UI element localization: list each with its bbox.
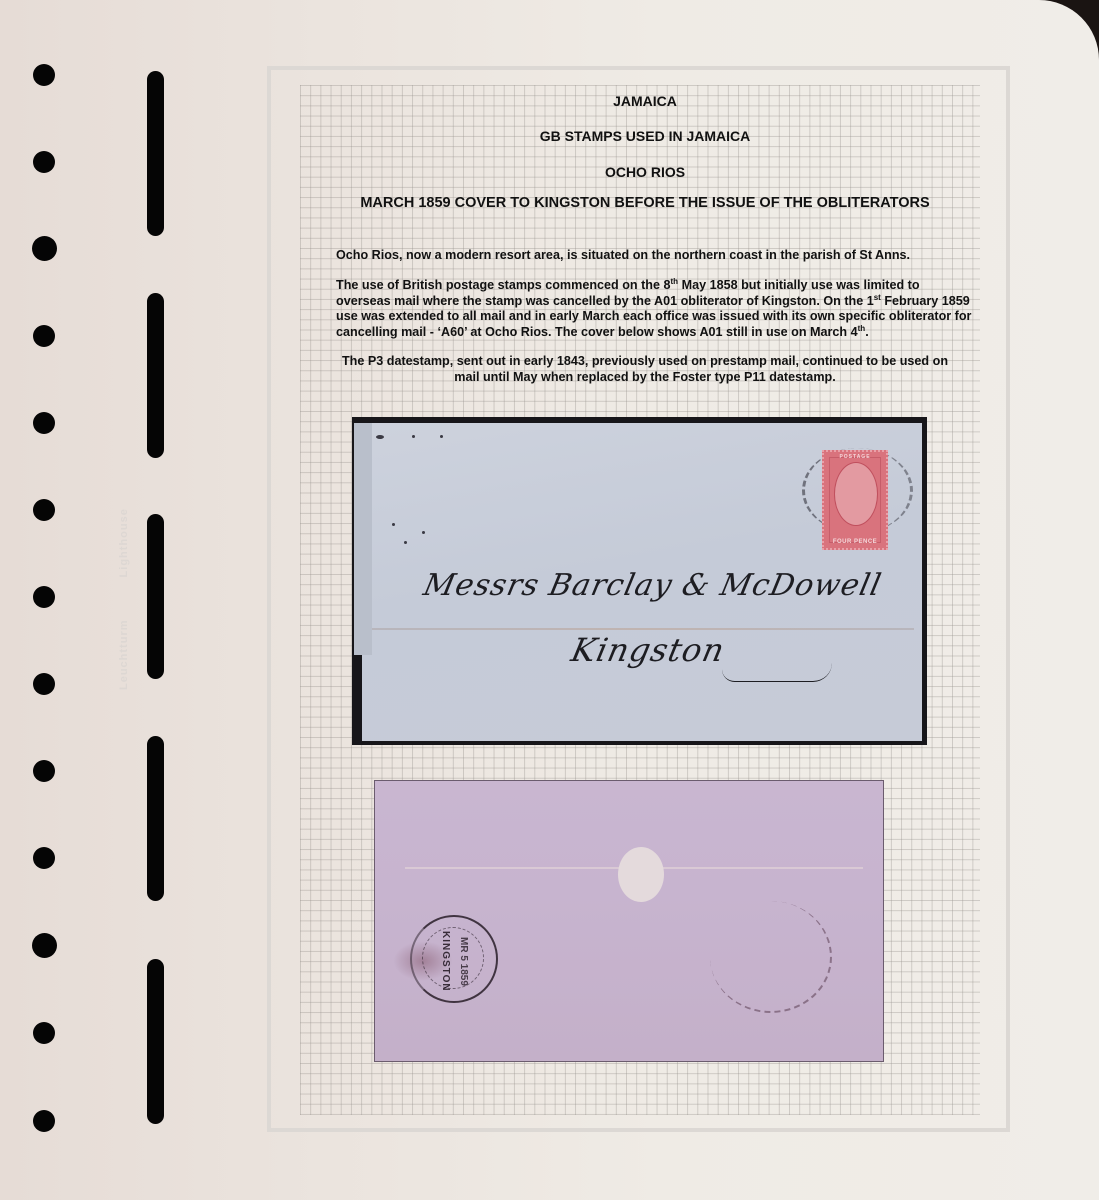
binder-slot: [147, 293, 164, 458]
page-subtitle: GB STAMPS USED IN JAMAICA: [320, 128, 970, 144]
binder-hole: [33, 586, 55, 608]
binder-hole: [32, 236, 57, 261]
text-line: mail until May when replaced by the Fost…: [454, 370, 835, 384]
datestamp-town: KINGSTON: [440, 931, 451, 992]
history-paragraph: The use of British postage stamps commen…: [336, 278, 976, 340]
binder-hole: [33, 760, 55, 782]
ink-speck: [404, 541, 407, 544]
binder-slot: [147, 71, 164, 236]
binder-hole: [33, 1022, 55, 1044]
album-leaf: Leuchtturm Lighthouse JAMAICA GB STAMPS …: [0, 0, 1099, 1200]
binder-slot: [147, 514, 164, 679]
binder-hole: [33, 151, 55, 173]
superscript: st: [874, 293, 881, 302]
binder-hole: [32, 933, 57, 958]
emboss-watermark: Leuchtturm Lighthouse: [118, 470, 130, 690]
stamp-top-text: POSTAGE: [826, 454, 884, 460]
intro-paragraph: Ocho Rios, now a modern resort area, is …: [336, 248, 976, 264]
address-line-1: Messrs Barclay & McDowell: [420, 568, 885, 603]
datestamp-inner-ring: [422, 927, 484, 989]
binder-hole: [33, 64, 55, 86]
wax-seal-mark: [618, 847, 664, 902]
text-span: .: [865, 325, 869, 339]
ink-speck: [440, 435, 443, 438]
address-line-2: Kingston: [568, 631, 728, 669]
binder-hole: [33, 499, 55, 521]
binder-hole: [33, 1110, 55, 1132]
cover-back-image: KINGSTON MR 5 1859: [375, 781, 883, 1061]
ink-speck: [422, 531, 425, 534]
binder-hole: [33, 847, 55, 869]
ink-speck: [412, 435, 415, 438]
ink-speck: [376, 435, 384, 439]
handwriting-flourish: [722, 663, 832, 682]
cover-flap: [354, 423, 372, 655]
binder-hole: [33, 325, 55, 347]
postage-stamp: POSTAGE FOUR PENCE: [822, 450, 888, 550]
kingston-datestamp: KINGSTON MR 5 1859: [410, 915, 498, 1003]
datestamp-paragraph: The P3 datestamp, sent out in early 1843…: [320, 354, 970, 385]
emboss-text: Lighthouse: [118, 508, 130, 577]
emboss-text: Leuchtturm: [118, 620, 130, 691]
binder-slot: [147, 959, 164, 1124]
binder-hole: [33, 673, 55, 695]
text-line: The P3 datestamp, sent out in early 1843…: [342, 354, 948, 368]
text-span: The use of British postage stamps commen…: [336, 278, 671, 292]
stamp-value-text: FOUR PENCE: [826, 539, 884, 545]
ink-speck: [392, 523, 395, 526]
cover-front-image: POSTAGE FOUR PENCE Messrs Barclay & McDo…: [362, 423, 922, 741]
page-heading: MARCH 1859 COVER TO KINGSTON BEFORE THE …: [320, 195, 970, 211]
binder-hole: [33, 412, 55, 434]
fold-line: [372, 628, 914, 630]
binder-slot: [147, 736, 164, 901]
datestamp-date: MR 5 1859: [458, 937, 469, 986]
page-location: OCHO RIOS: [320, 164, 970, 180]
page-title: JAMAICA: [320, 93, 970, 109]
queen-portrait-icon: [834, 462, 878, 526]
offset-cancel-mark: [710, 901, 832, 1013]
superscript: th: [671, 277, 679, 286]
